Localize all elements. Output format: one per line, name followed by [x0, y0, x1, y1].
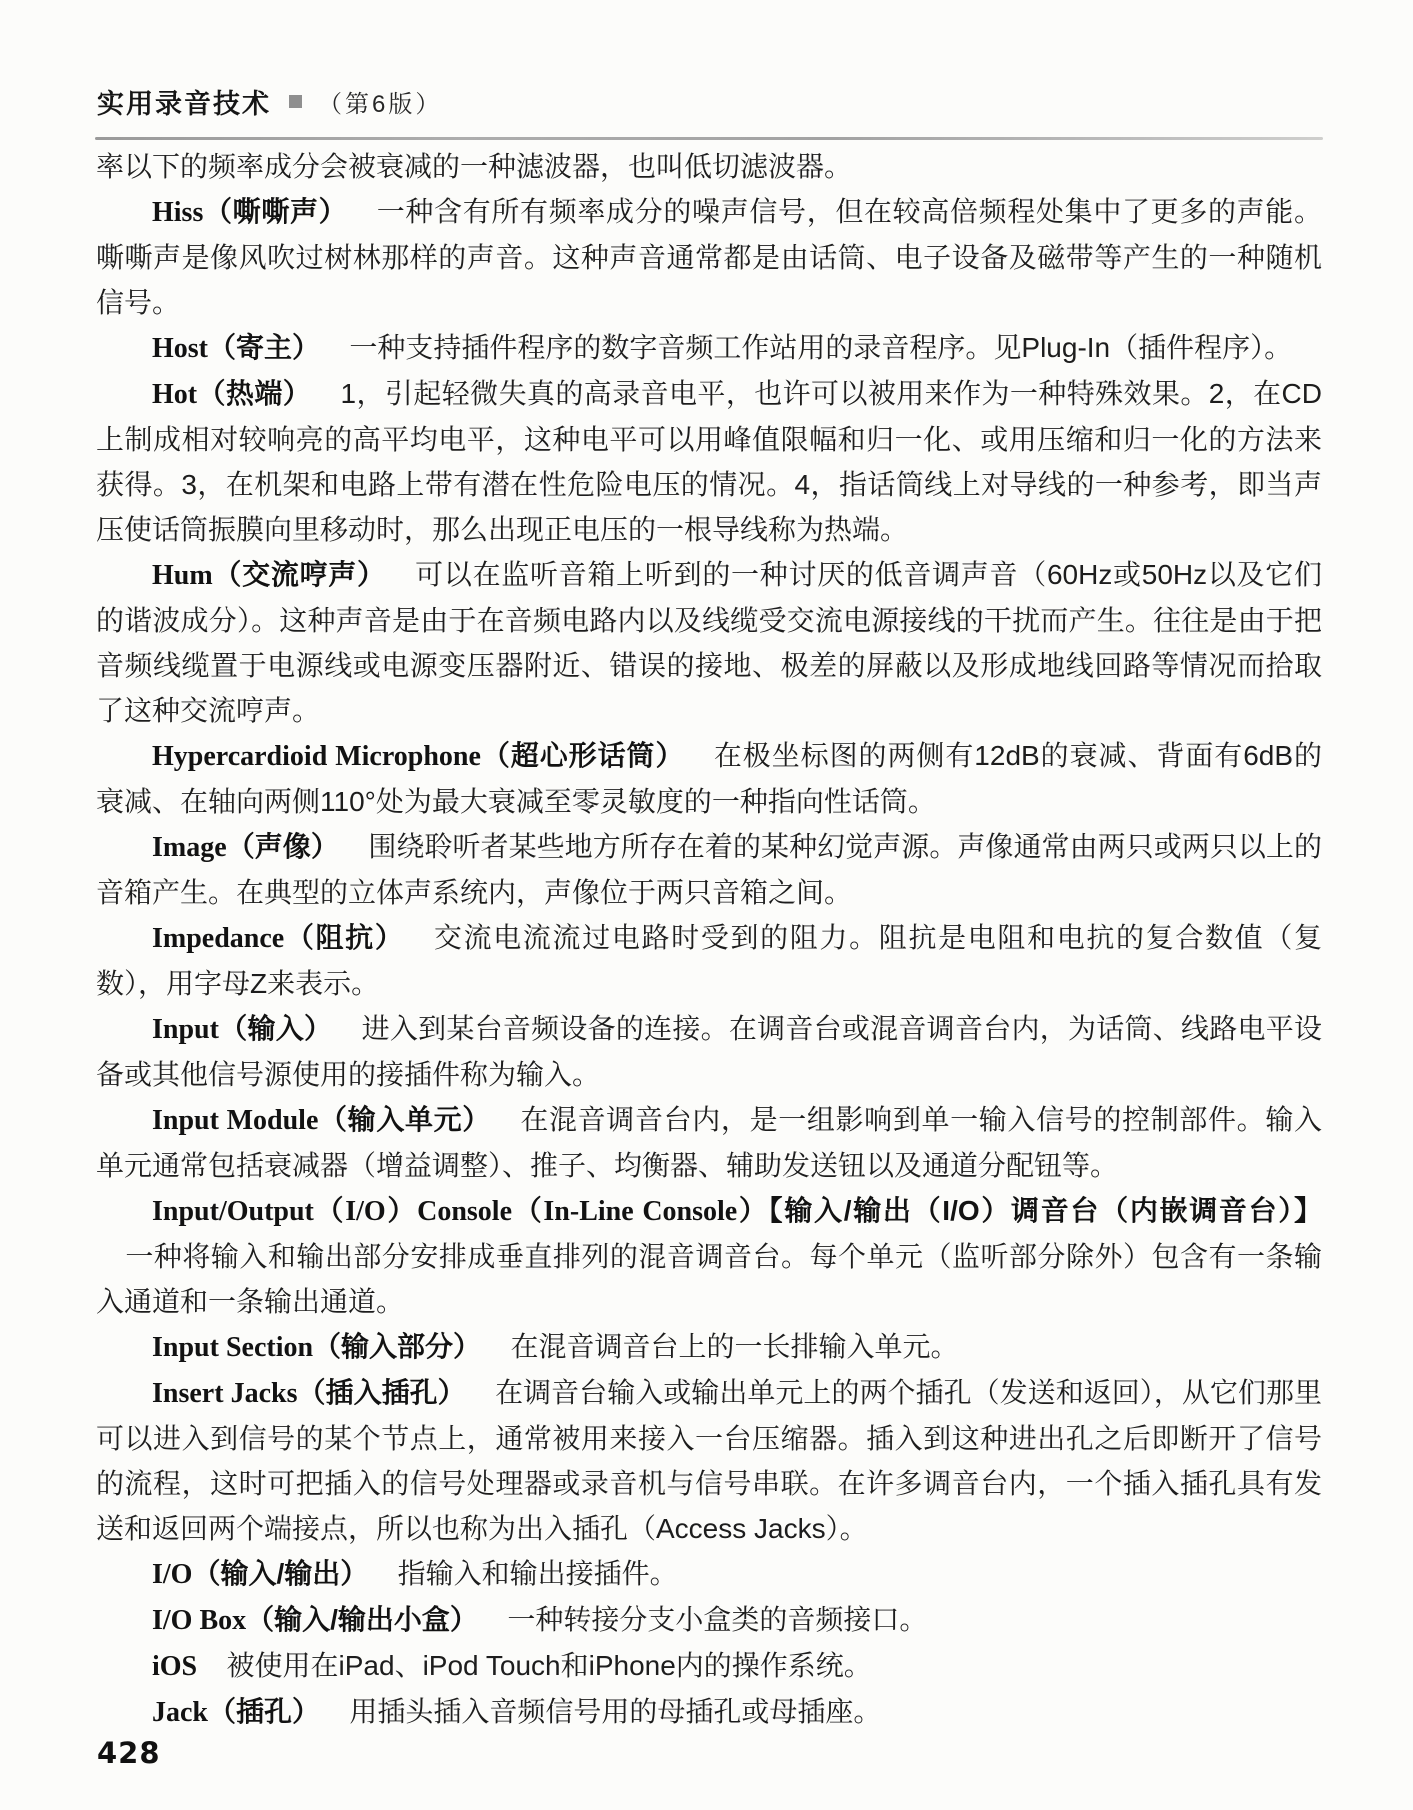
entry-definition: 一种转接分支小盒类的音频接口。 [478, 1604, 927, 1635]
entry-term-en: Hypercardioid Microphone [152, 741, 481, 772]
entry-term-cn: （嘶嘶声） [203, 196, 347, 227]
entry-term-en: Impedance [152, 923, 284, 954]
entry-term-en: Jack [152, 1697, 208, 1728]
entry-term-cn: （交流哼声） [213, 559, 386, 590]
glossary-entry-host: Host（寄主）一种支持插件程序的数字音频工作站用的录音程序。见Plug-In（… [96, 325, 1322, 371]
entry-term-en: Input Section [152, 1332, 313, 1363]
glossary-entry-ios: iOS被使用在iPad、iPod Touch和iPhone内的操作系统。 [96, 1643, 1322, 1689]
entry-term-cn: （声像） [227, 831, 339, 862]
entry-term-en: Image [152, 832, 227, 863]
entry-term-en: Input/Output（I/O）Console（In-Line Console… [152, 1196, 769, 1227]
square-bullet-icon [289, 95, 302, 108]
entry-term-en: I/O Box [152, 1605, 246, 1636]
entry-definition: 被使用在iPad、iPod Touch和iPhone内的操作系统。 [197, 1650, 872, 1681]
entry-definition: 用插头插入音频信号用的母插孔或母插座。 [320, 1696, 881, 1727]
glossary-entry-input-section: Input Section（输入部分）在混音调音台上的一长排输入单元。 [96, 1324, 1322, 1370]
glossary-entry-image: Image（声像）围绕聆听者某些地方所存在着的某种幻觉声源。声像通常由两只或两只… [96, 824, 1322, 915]
entry-term-cn: （超心形话筒） [481, 740, 685, 771]
book-page: 实用录音技术 （第6版） 率以下的频率成分会被衰减的一种滤波器，也叫低切滤波器。… [0, 0, 1413, 1810]
entry-definition: 一种将输入和输出部分安排成垂直排列的混音调音台。每个单元（监听部分除外）包含有一… [96, 1241, 1322, 1317]
entry-term-cn: 【输入/输出（I/O）调音台（内嵌调音台）】 [769, 1195, 1322, 1226]
entry-term-cn: （输入/输出） [192, 1558, 368, 1589]
entry-term-cn: （输入单元） [318, 1104, 491, 1135]
entry-term-cn: （阻抗） [284, 922, 404, 953]
entry-term-cn: （插入插孔） [297, 1377, 465, 1408]
entry-definition: 在混音调音台上的一长排输入单元。 [481, 1331, 958, 1362]
entry-term-en: Input [152, 1014, 219, 1045]
glossary-entry-io-console: Input/Output（I/O）Console（In-Line Console… [96, 1188, 1322, 1324]
page-header: 实用录音技术 （第6版） [97, 82, 442, 121]
glossary-entry-jack: Jack（插孔）用插头插入音频信号用的母插孔或母插座。 [96, 1689, 1322, 1735]
entry-term-en: Hot [152, 379, 197, 410]
entry-term-en: Hiss [152, 197, 203, 228]
entry-term-cn: （热端） [197, 378, 311, 409]
entry-term-en: Host [152, 333, 208, 364]
entry-term-cn: （插孔） [208, 1696, 320, 1727]
entry-definition: 指输入和输出接插件。 [368, 1558, 677, 1589]
glossary-entry-insert-jacks: Insert Jacks（插入插孔）在调音台输入或输出单元上的两个插孔（发送和返… [96, 1370, 1322, 1551]
intro-continuation-paragraph: 率以下的频率成分会被衰减的一种滤波器，也叫低切滤波器。 [96, 144, 1322, 189]
page-number: 428 [97, 1736, 161, 1770]
entry-term-cn: （寄主） [208, 332, 320, 363]
glossary-entry-input: Input（输入）进入到某台音频设备的连接。在调音台或混音调音台内，为话筒、线路… [96, 1006, 1322, 1097]
entry-term-cn: （输入） [219, 1013, 332, 1044]
glossary-entry-hot: Hot（热端）1，引起轻微失真的高录音电平，也许可以被用来作为一种特殊效果。2，… [96, 371, 1322, 552]
glossary-entry-hypercardioid-microphone: Hypercardioid Microphone（超心形话筒）在极坐标图的两侧有… [96, 733, 1322, 824]
glossary-entry-hum: Hum（交流哼声）可以在监听音箱上听到的一种讨厌的低音调声音（60Hz或50Hz… [96, 552, 1322, 733]
glossary-content: 率以下的频率成分会被衰减的一种滤波器，也叫低切滤波器。 Hiss（嘶嘶声）一种含… [96, 144, 1322, 1735]
entry-term-en: Hum [152, 560, 213, 591]
entry-definition: 一种支持插件程序的数字音频工作站用的录音程序。见Plug-In（插件程序）。 [320, 332, 1292, 363]
book-title: 实用录音技术 [97, 82, 271, 121]
entry-term-cn: （输入/输出小盒） [246, 1604, 478, 1635]
entry-term-en: Input Module [152, 1105, 318, 1136]
glossary-entry-io: I/O（输入/输出）指输入和输出接插件。 [96, 1551, 1322, 1597]
edition-label: （第6版） [318, 84, 442, 119]
glossary-entry-io-box: I/O Box（输入/输出小盒）一种转接分支小盒类的音频接口。 [96, 1597, 1322, 1643]
glossary-entry-impedance: Impedance（阻抗）交流电流流过电路时受到的阻力。阻抗是电阻和电抗的复合数… [96, 915, 1322, 1006]
glossary-entry-hiss: Hiss（嘶嘶声）一种含有所有频率成分的噪声信号，但在较高倍频程处集中了更多的声… [96, 189, 1322, 325]
entry-term-en: Insert Jacks [152, 1378, 297, 1409]
glossary-entry-input-module: Input Module（输入单元）在混音调音台内，是一组影响到单一输入信号的控… [96, 1097, 1322, 1188]
header-rule [95, 137, 1323, 140]
entry-term-en: I/O [152, 1559, 192, 1590]
entry-term-cn: （输入部分） [313, 1331, 481, 1362]
entry-term-en: iOS [152, 1651, 197, 1682]
